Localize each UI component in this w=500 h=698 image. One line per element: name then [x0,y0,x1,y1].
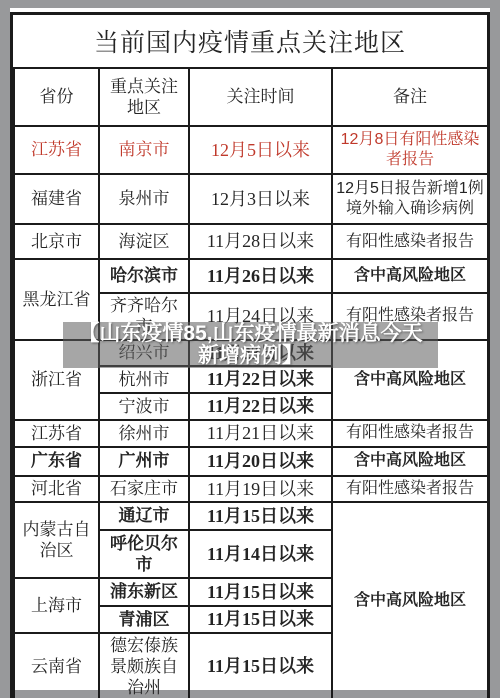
province-cell: 云南省 [14,633,99,698]
column-header: 关注时间 [189,68,332,126]
date-cell: 11月15日以来 [189,502,332,530]
table-row: 北京市海淀区11月28日以来有阳性感染者报告 [14,224,488,259]
province-cell: 北京市 [14,224,99,259]
city-cell: 徐州市 [99,420,189,447]
date-cell: 12月5日以来 [189,126,332,174]
note-cell: 有阳性感染者报告 [332,224,488,259]
date-cell: 11月22日以来 [189,393,332,420]
date-cell: 11月28日以来 [189,224,332,259]
city-cell: 泉州市 [99,174,189,224]
date-cell: 11月15日以来 [189,606,332,633]
column-header: 省份 [14,68,99,126]
column-header: 备注 [332,68,488,126]
city-cell: 广州市 [99,447,189,476]
date-cell: 11月22日以来 [189,366,332,393]
province-cell: 内蒙古自治区 [14,502,99,578]
note-cell: 含中高风险地区 [332,447,488,476]
watermark-caption-overlay: 【山东疫情85,山东疫情最新消息今天 新增病例】 [63,322,438,368]
table-row: 江苏省南京市12月5日以来12月8日有阳性感染者报告 [14,126,488,174]
province-cell: 上海市 [14,578,99,633]
province-cell: 广东省 [14,447,99,476]
table-row: 黑龙江省哈尔滨市11月26日以来含中高风险地区 [14,259,488,293]
table-row: 广东省广州市11月20日以来含中高风险地区 [14,447,488,476]
date-cell: 11月15日以来 [189,578,332,606]
table-row: 福建省泉州市12月3日以来12月5日报告新增1例境外输入确诊病例 [14,174,488,224]
epidemic-table: 省份重点关注地区关注时间备注 江苏省南京市12月5日以来12月8日有阳性感染者报… [13,67,489,698]
city-cell: 德宏傣族景颇族自治州 [99,633,189,698]
province-cell: 江苏省 [14,126,99,174]
date-cell: 11月26日以来 [189,259,332,293]
table-header-row: 省份重点关注地区关注时间备注 [14,68,488,126]
watermark-caption-line1: 【山东疫情85,山东疫情最新消息今天 [78,323,422,345]
column-header: 重点关注地区 [99,68,189,126]
note-cell: 有阳性感染者报告 [332,420,488,447]
province-cell: 江苏省 [14,420,99,447]
city-cell: 通辽市 [99,502,189,530]
province-cell: 福建省 [14,174,99,224]
date-cell: 11月20日以来 [189,447,332,476]
table-row: 河北省石家庄市11月19日以来有阳性感染者报告 [14,476,488,503]
city-cell: 浦东新区 [99,578,189,606]
date-cell: 11月21日以来 [189,420,332,447]
city-cell: 南京市 [99,126,189,174]
table-body: 江苏省南京市12月5日以来12月8日有阳性感染者报告福建省泉州市12月3日以来1… [14,126,488,698]
table-row: 江苏省徐州市11月21日以来有阳性感染者报告 [14,420,488,447]
page-title: 当前国内疫情重点关注地区 [13,15,487,67]
province-cell: 河北省 [14,476,99,503]
date-cell: 11月15日以来 [189,633,332,698]
date-cell: 11月14日以来 [189,530,332,578]
note-cell: 有阳性感染者报告 [332,476,488,503]
screenshot-root: { "page": { "title": "当前国内疫情重点关注地区" }, "… [0,0,500,698]
note-cell: 含中高风险地区 [332,502,488,698]
table-row: 内蒙古自治区通辽市11月15日以来含中高风险地区 [14,502,488,530]
city-cell: 哈尔滨市 [99,259,189,293]
note-cell: 12月5日报告新增1例境外输入确诊病例 [332,174,488,224]
city-cell: 呼伦贝尔市 [99,530,189,578]
note-cell: 含中高风险地区 [332,259,488,293]
note-cell: 12月8日有阳性感染者报告 [332,126,488,174]
date-cell: 12月3日以来 [189,174,332,224]
date-cell: 11月19日以来 [189,476,332,503]
city-cell: 宁波市 [99,393,189,420]
city-cell: 海淀区 [99,224,189,259]
watermark-caption-line2: 新增病例】 [198,345,303,367]
city-cell: 杭州市 [99,366,189,393]
city-cell: 青浦区 [99,606,189,633]
city-cell: 石家庄市 [99,476,189,503]
